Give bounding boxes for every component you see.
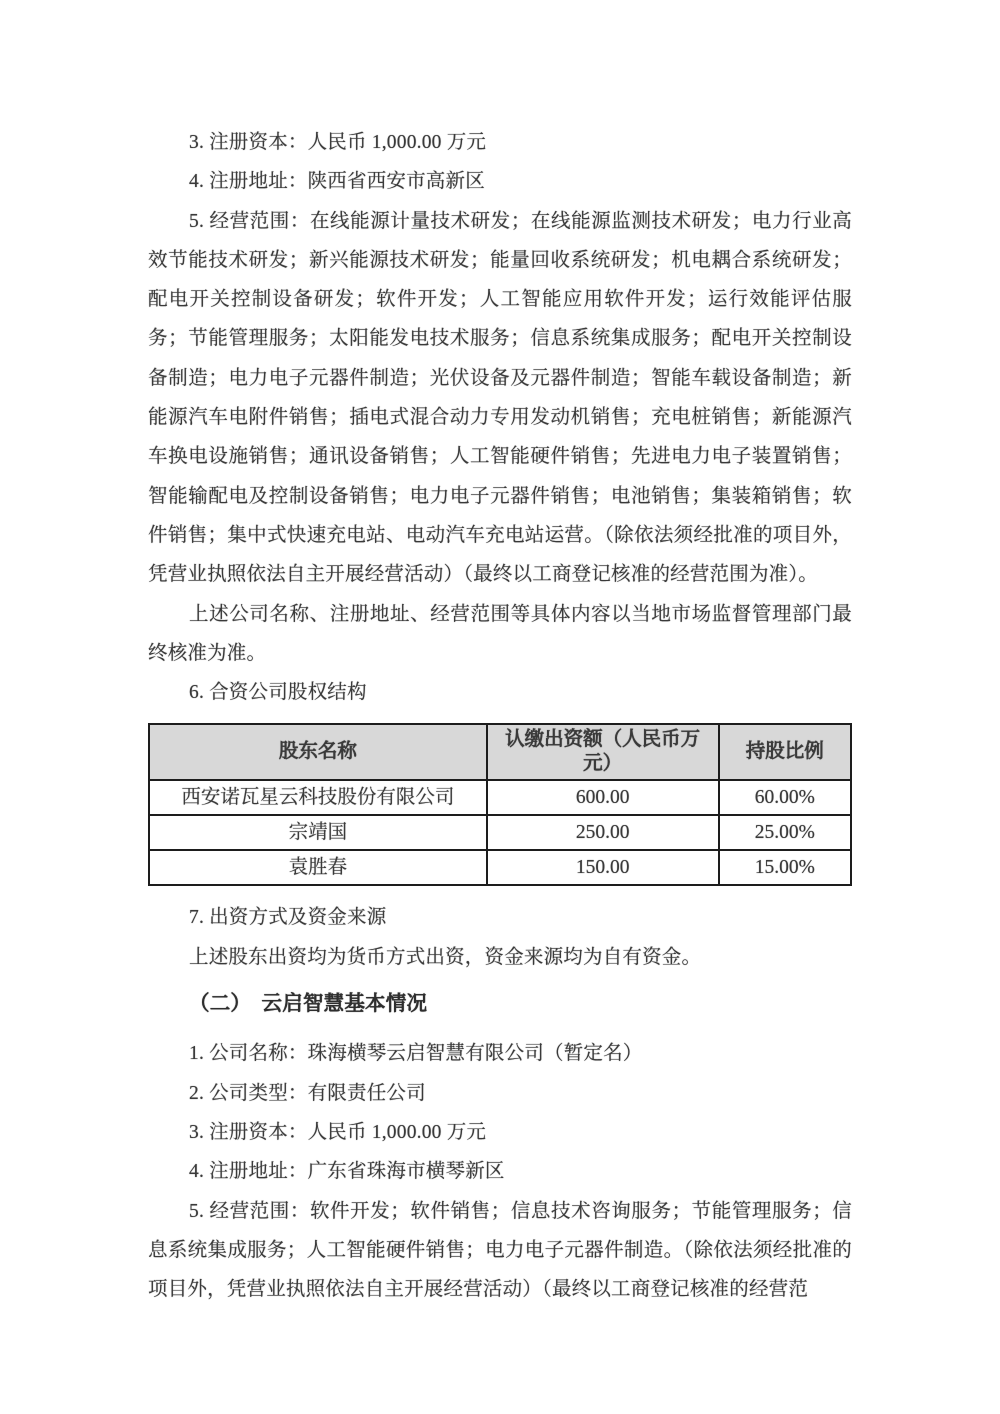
- paragraph-registered-capital-1: 3. 注册资本：人民币 1,000.00 万元: [148, 123, 852, 162]
- equity-structure-table: 股东名称 认缴出资额（人民币万元） 持股比例 西安诺瓦星云科技股份有限公司 60…: [148, 723, 852, 886]
- paragraph-company-name-2: 1. 公司名称：珠海横琴云启智慧有限公司（暂定名）: [148, 1034, 852, 1073]
- section-heading-yunqi-basic-info: （二） 云启智慧基本情况: [148, 985, 852, 1024]
- cell-shareholder-name: 宗靖国: [149, 815, 487, 850]
- paragraph-registered-capital-2: 3. 注册资本：人民币 1,000.00 万元: [148, 1113, 852, 1152]
- column-header-shareholder-name: 股东名称: [149, 724, 487, 780]
- document-content: 3. 注册资本：人民币 1,000.00 万元 4. 注册地址：陕西省西安市高新…: [148, 123, 852, 1309]
- cell-subscribed-capital: 600.00: [487, 780, 719, 815]
- equity-table-header-row: 股东名称 认缴出资额（人民币万元） 持股比例: [149, 724, 851, 780]
- cell-subscribed-capital: 150.00: [487, 850, 719, 885]
- column-header-subscribed-capital: 认缴出资额（人民币万元）: [487, 724, 719, 780]
- table-row: 袁胜春 150.00 15.00%: [149, 850, 851, 885]
- cell-shareholding-ratio: 15.00%: [719, 850, 851, 885]
- paragraph-registered-address-2: 4. 注册地址：广东省珠海市横琴新区: [148, 1152, 852, 1191]
- paragraph-business-scope-2: 5. 经营范围：软件开发；软件销售；信息技术咨询服务；节能管理服务；信息系统集成…: [148, 1192, 852, 1310]
- paragraph-equity-structure-title: 6. 合资公司股权结构: [148, 673, 852, 712]
- document-page: 3. 注册资本：人民币 1,000.00 万元 4. 注册地址：陕西省西安市高新…: [0, 0, 1000, 1414]
- cell-shareholding-ratio: 25.00%: [719, 815, 851, 850]
- cell-shareholder-name: 西安诺瓦星云科技股份有限公司: [149, 780, 487, 815]
- paragraph-final-approval-note: 上述公司名称、注册地址、经营范围等具体内容以当地市场监督管理部门最终核准为准。: [148, 595, 852, 674]
- paragraph-business-scope-1: 5. 经营范围：在线能源计量技术研发；在线能源监测技术研发；电力行业高效节能技术…: [148, 202, 852, 595]
- cell-subscribed-capital: 250.00: [487, 815, 719, 850]
- cell-shareholding-ratio: 60.00%: [719, 780, 851, 815]
- paragraph-company-type-2: 2. 公司类型：有限责任公司: [148, 1074, 852, 1113]
- paragraph-funding-source-note: 上述股东出资均为货币方式出资，资金来源均为自有资金。: [148, 938, 852, 977]
- paragraph-registered-address-1: 4. 注册地址：陕西省西安市高新区: [148, 162, 852, 201]
- cell-shareholder-name: 袁胜春: [149, 850, 487, 885]
- paragraph-funding-method-title: 7. 出资方式及资金来源: [148, 898, 852, 937]
- column-header-shareholding-ratio: 持股比例: [719, 724, 851, 780]
- table-row: 西安诺瓦星云科技股份有限公司 600.00 60.00%: [149, 780, 851, 815]
- table-row: 宗靖国 250.00 25.00%: [149, 815, 851, 850]
